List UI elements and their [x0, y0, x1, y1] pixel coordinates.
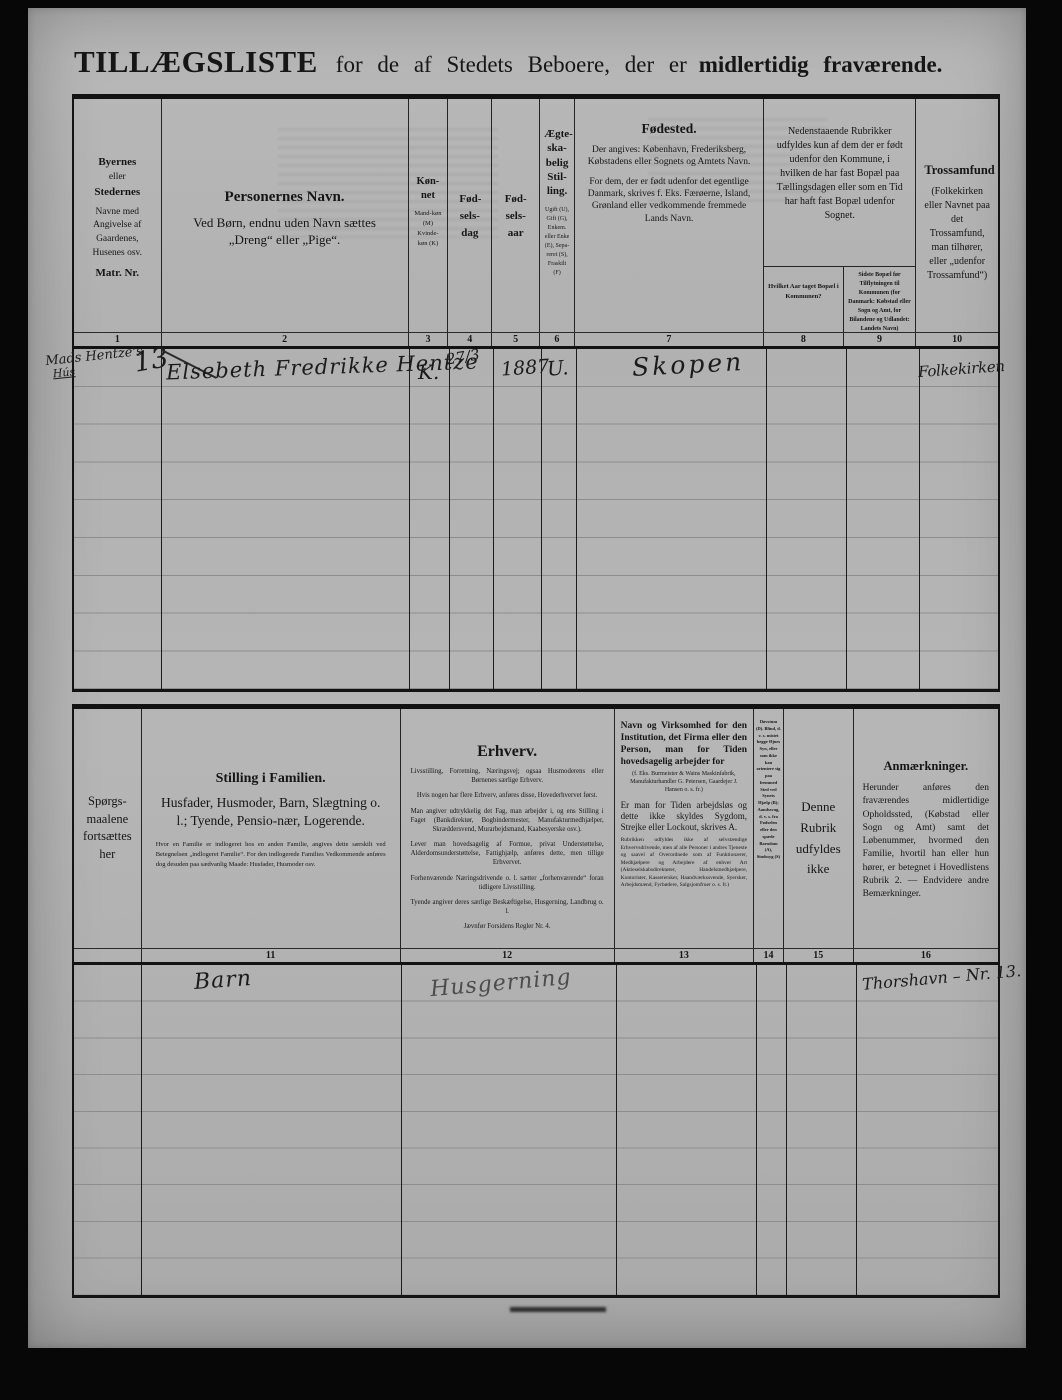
col7-para1: Der angives: København, Frederiksberg, K… [587, 144, 751, 169]
col13-para1: Navn og Virksomhed for den Institution, … [621, 721, 747, 769]
column-number: 6 [540, 333, 575, 346]
col1-line4: Navne med Angivelse af Gaardenes, Husene… [79, 206, 156, 261]
col13-para2: Er man for Tiden arbejdsløs og dette ikk… [621, 800, 747, 834]
col12-title: Erhverv. [411, 743, 604, 761]
col-header-marital: Ægte-ska-belig Stil-ling. Ugift (U), Gif… [540, 99, 575, 332]
col12-para7: Jævnfør Forsidens Regler Nr. 4. [411, 922, 604, 931]
table-lower-header: Spørgs-maalene fortsættes her Stilling i… [74, 709, 998, 949]
column-number: 7 [575, 333, 764, 346]
col-header-residence-group: Nedenstaaende Rubrikker udfyldes kun af … [764, 99, 916, 332]
column-number: 5 [492, 333, 540, 346]
table-upper-header: Byernes eller Stedernes Navne med Angive… [74, 99, 998, 333]
col9-subheader: Sidste Bopæl før Tilflytningen til Kommu… [844, 267, 916, 332]
col13-para3: Rubrikken udfyldes ikke af selvstændige … [621, 837, 747, 889]
col1-line1: Byernes [79, 155, 156, 171]
col-header-family-position: Stilling i Familien. Husfader, Husmoder,… [142, 709, 401, 948]
column-number: 9 [844, 333, 917, 346]
col6-title: Ægte-ska-belig Stil-ling. [544, 127, 570, 198]
handwritten-religion: Folkekirken [917, 357, 1005, 381]
col-header-not-filled: Denne Rubrik udfyldes ikke [784, 709, 854, 948]
col7-title: Fødested. [587, 121, 751, 137]
handwritten-marital-status: U. [546, 355, 569, 381]
col3-title: Køn-net [414, 175, 443, 203]
col7-para2: For dem, der er født udenfor det egentli… [587, 176, 751, 225]
col-header-employer: Navn og Virksomhed for den Institution, … [615, 709, 754, 948]
column-number: 3 [409, 333, 449, 346]
handwritten-sex: K. [418, 360, 439, 384]
col-header-remarks: Anmærkninger. Herunder anføres den fravæ… [854, 709, 998, 948]
col3-sub: Mand-køn (M) Kvinde-køn (K) [414, 209, 443, 248]
column-number: 12 [401, 949, 615, 962]
col-header-birthday: Fød-sels-dag [448, 99, 492, 332]
form-title-bold-end: midlertidig fraværende. [699, 52, 943, 77]
col8-subheader: Hvilket Aar taget Bopæl i Kommunen? [764, 267, 844, 332]
col-header-disabilities: Døvstum (D). Blind, d. v. s. mistet begg… [754, 709, 784, 948]
col8-9-subheaders: Hvilket Aar taget Bopæl i Kommunen? Sids… [764, 267, 915, 332]
handwritten-place: Mads Hentze's Hús [45, 345, 145, 381]
col12-para4: Lever man hovedsagelig af Formue, privat… [411, 840, 604, 868]
col1-line2: eller [79, 171, 156, 185]
column-number: 15 [784, 949, 854, 962]
col10-sub: (Folkekirken eller Navnet paa det Trossa… [924, 185, 990, 283]
table-lower-column-numbers: 11 12 13 14 15 16 [74, 949, 998, 965]
form-title: TILLÆGSLISTE for de af Stedets Beboere, … [74, 44, 1009, 80]
column-number: 10 [916, 333, 998, 346]
handwritten-birthplace: Skopen [631, 347, 745, 382]
column-number-blank [74, 949, 142, 962]
handwritten-family-position: Barn [193, 966, 253, 995]
table-lower-rows: Barn Husgerning Thorshavn – Nr. 13. [74, 965, 998, 1295]
handwritten-remarks: Thorshavn – Nr. 13. [861, 961, 1021, 994]
col12-para1: Livsstilling, Forretning, Næringsvej; og… [411, 767, 604, 785]
table-upper: Byernes eller Stedernes Navne med Angive… [72, 94, 1000, 692]
scanned-census-sheet: TILLÆGSLISTE for de af Stedets Beboere, … [28, 8, 1026, 1348]
col-header-religion: Trossamfund (Folkekirken eller Navnet pa… [916, 99, 998, 332]
col12-para3: Man angiver udtrykkelig det Fag, man arb… [411, 807, 604, 835]
col12-para6: Tyende angiver deres særlige Beskæftigel… [411, 898, 604, 916]
form-title-main: TILLÆGSLISTE [74, 44, 318, 79]
col-header-place: Byernes eller Stedernes Navne med Angive… [74, 99, 162, 332]
continuation-label: Spørgs-maalene fortsættes her [74, 709, 142, 948]
table-upper-column-numbers: 1 2 3 4 5 6 7 8 9 10 [74, 333, 998, 349]
column-number: 13 [615, 949, 754, 962]
table-lower: Spørgs-maalene fortsættes her Stilling i… [72, 704, 1000, 1298]
column-number: 4 [448, 333, 492, 346]
col-header-name: Personernes Navn. Ved Børn, endnu uden N… [162, 99, 409, 332]
handwritten-birth-year: 1887 [500, 355, 550, 380]
col2-title: Personernes Navn. [182, 189, 388, 206]
table-upper-rows: Mads Hentze's Hús 13 Elsebeth Fredrikke … [74, 349, 998, 689]
col11-sub: Husfader, Husmoder, Barn, Slægtning o. l… [156, 794, 386, 830]
col13-para1-examples: (f. Eks. Burmeister & Wains Maskinfabrik… [621, 770, 747, 795]
col1-line3: Stedernes [79, 185, 156, 201]
col6-sub: Ugift (U), Gift (G), Enkem. eller Enke (… [544, 206, 570, 278]
handwritten-occupation: Husgerning [429, 965, 572, 1002]
col12-para5: Forhenværende Næringsdrivende o. l. sætt… [411, 874, 604, 892]
printer-imprint [510, 1307, 606, 1312]
col8-9-shared-note: Nedenstaaende Rubrikker udfyldes kun af … [764, 99, 915, 267]
col11-title: Stilling i Familien. [156, 771, 386, 787]
form-title-mid: for de af Stedets Beboere, der er [336, 52, 687, 77]
col10-title: Trossamfund [924, 163, 990, 178]
col-header-occupation: Erhverv. Livsstilling, Forretning, Nærin… [401, 709, 615, 948]
col16-body: Herunder anføres den fraværendes midlert… [863, 782, 989, 902]
column-number: 1 [74, 333, 162, 346]
col12-para2: Hvis nogen har flere Erhverv, anføres di… [411, 791, 604, 800]
column-number: 11 [142, 949, 401, 962]
col2-sub: Ved Børn, endnu uden Navn sættes „Dreng“… [182, 215, 388, 249]
col-header-birthplace: Fødested. Der angives: København, Freder… [575, 99, 764, 332]
col16-title: Anmærkninger. [863, 759, 989, 774]
column-number: 8 [764, 333, 844, 346]
column-number: 2 [162, 333, 409, 346]
col11-note: Hvor en Familie er indlogeret hos en and… [156, 840, 386, 869]
col1-matr-nr: Matr. Nr. [79, 266, 156, 282]
col-header-birthyear: Fød-sels-aar [492, 99, 540, 332]
col5-title: Fød-sels-aar [505, 193, 527, 239]
column-number: 16 [854, 949, 998, 962]
col-header-sex: Køn-net Mand-køn (M) Kvinde-køn (K) [409, 99, 449, 332]
column-number: 14 [754, 949, 784, 962]
col4-title: Fød-sels-dag [459, 193, 481, 239]
